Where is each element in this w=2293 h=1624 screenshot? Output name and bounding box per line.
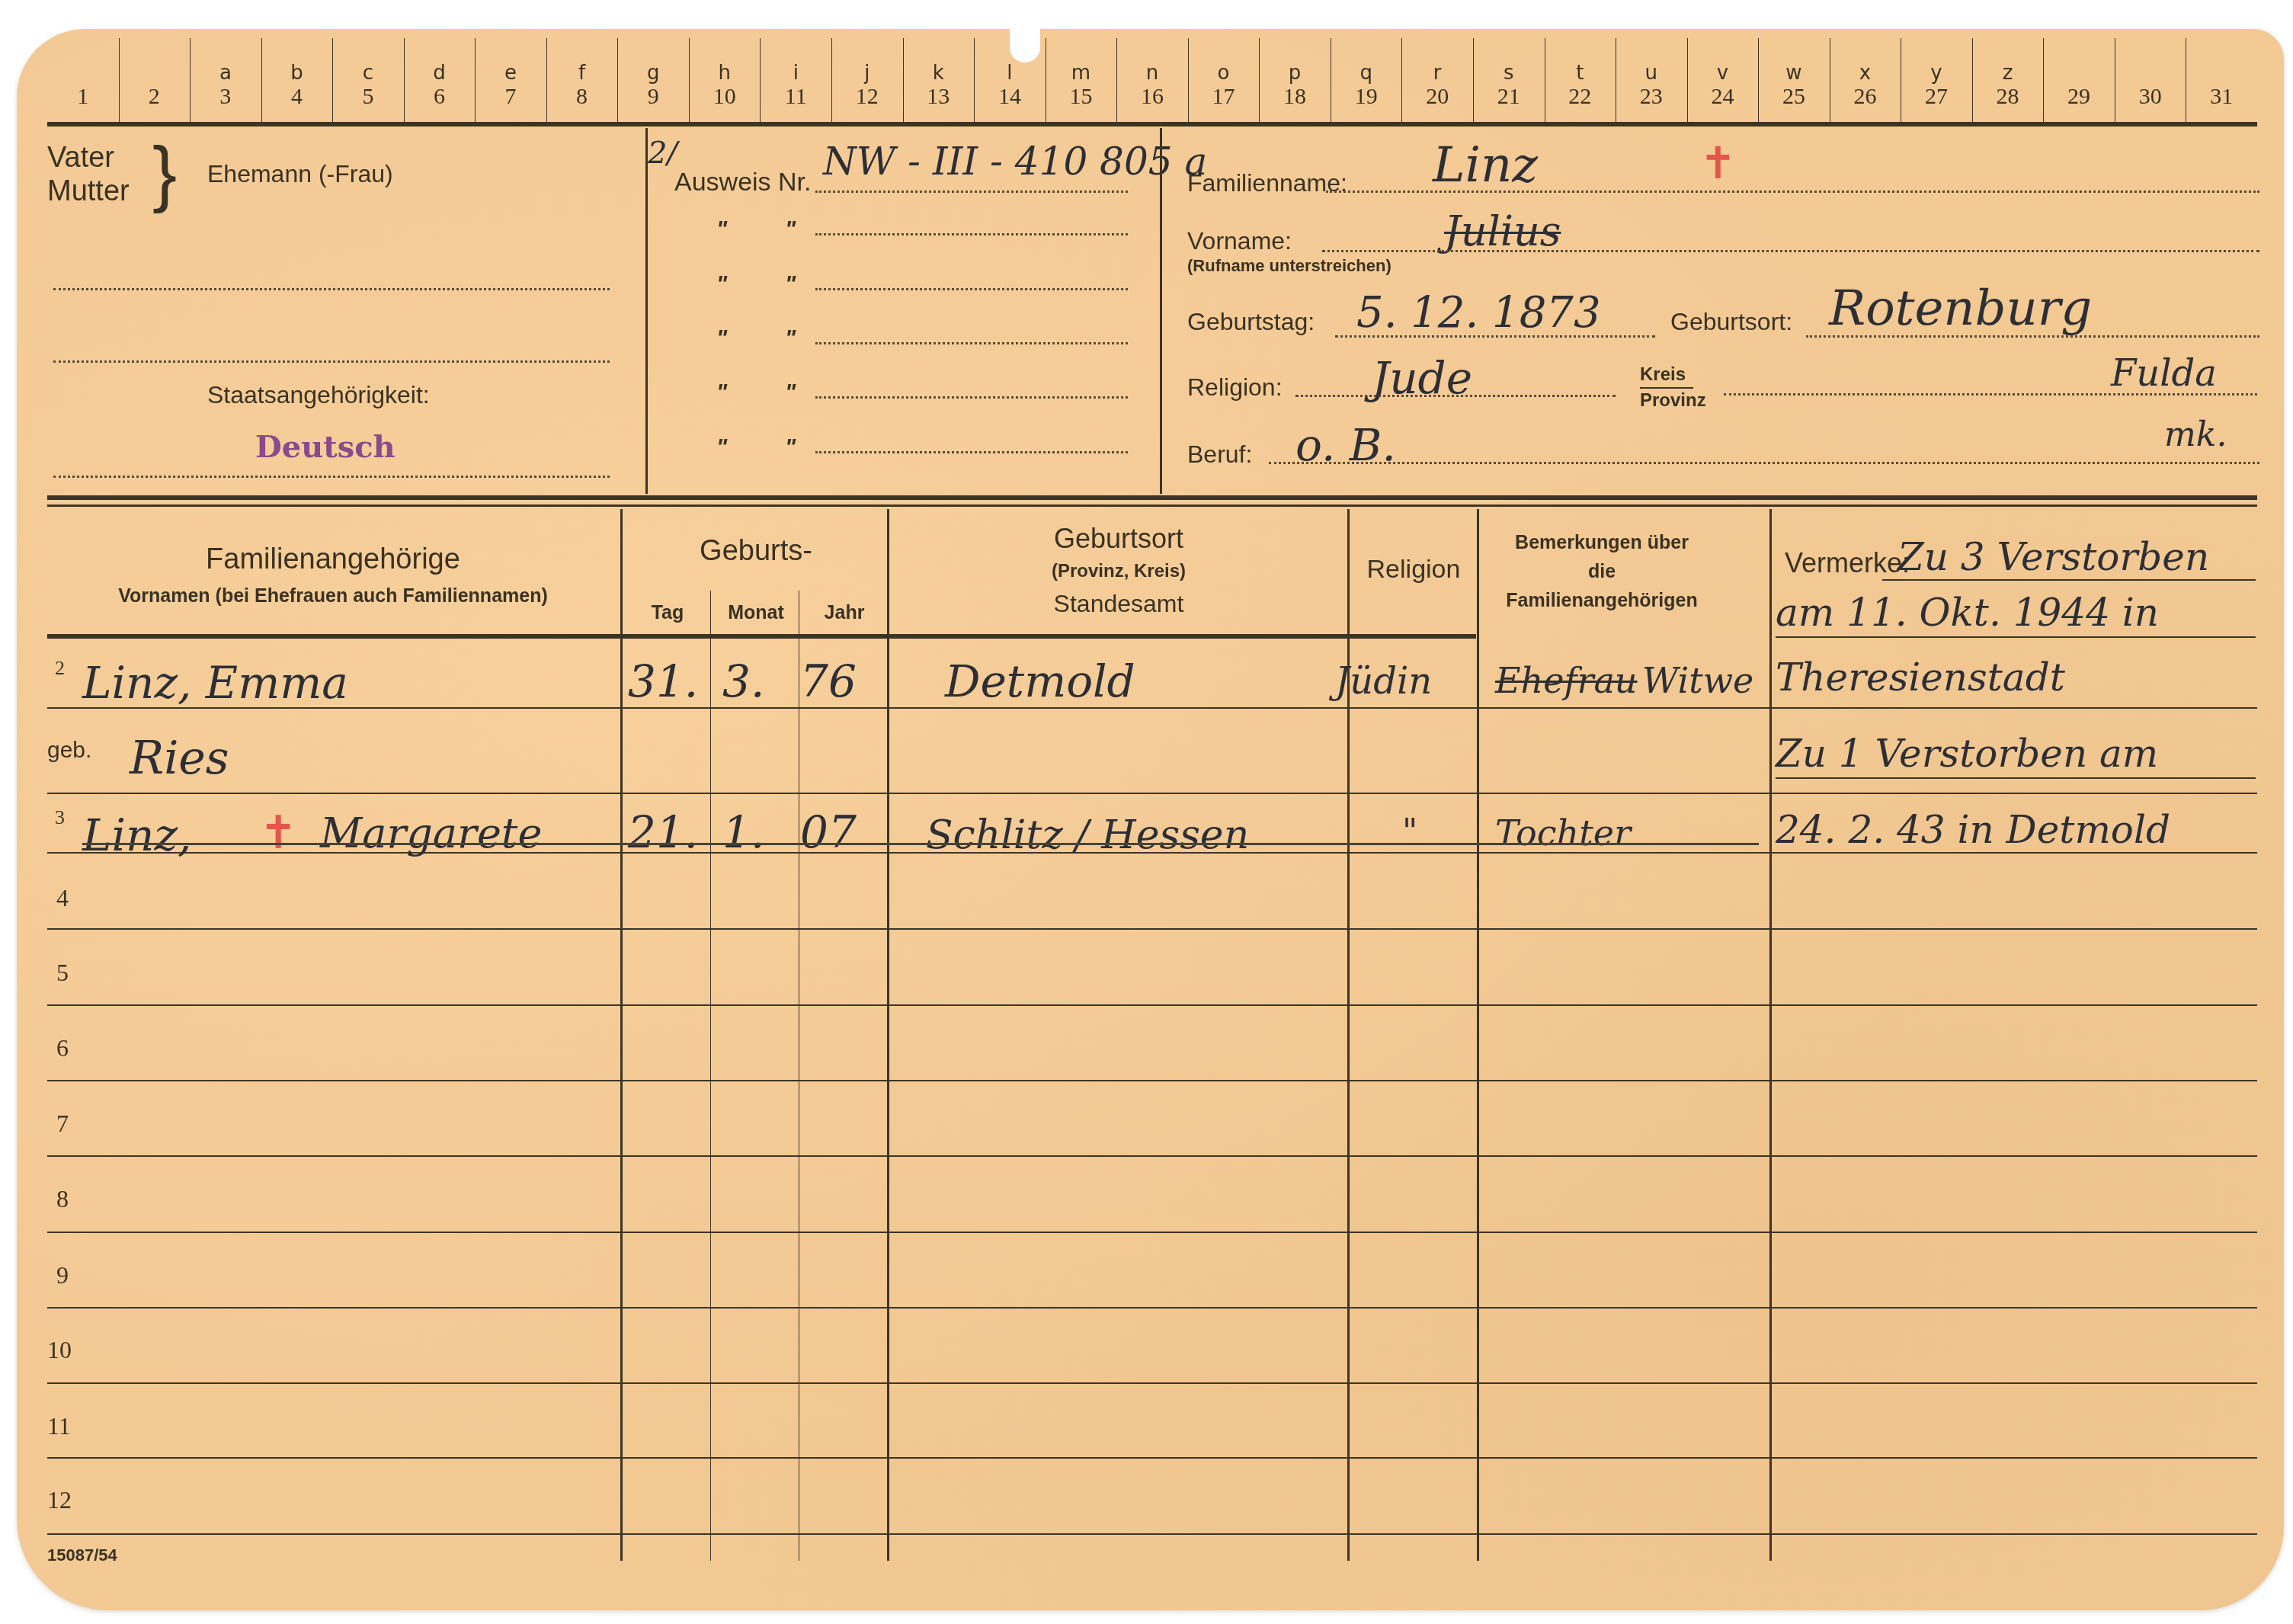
index-letter: u — [1616, 62, 1687, 84]
index-number: 22 — [1545, 84, 1616, 110]
index-number: 21 — [1473, 84, 1545, 110]
index-tab-19: q19 — [1331, 62, 1402, 123]
bemerk-header-2: die — [1480, 561, 1724, 583]
kreis-value[interactable]: Fulda — [2111, 352, 2217, 395]
index-letter: p — [1259, 62, 1331, 84]
emma-ort[interactable]: Detmold — [945, 655, 1135, 707]
index-tab-3: a3 — [190, 62, 261, 123]
row-number-7: 7 — [56, 1110, 69, 1138]
index-tab-18: p18 — [1259, 62, 1331, 123]
index-letter — [119, 62, 191, 84]
ditto-mark: " — [785, 216, 796, 242]
col-divider-tag — [710, 591, 711, 1561]
row-number-2: 2 — [55, 657, 65, 680]
emma-monat[interactable]: 3. — [722, 655, 764, 707]
ausweis-label: Ausweis Nr. — [674, 168, 812, 197]
index-divider — [475, 38, 476, 122]
brace-icon: } — [152, 137, 177, 210]
index-letter: z — [1972, 62, 2044, 84]
index-letter: m — [1046, 62, 1117, 84]
ausweis-extra-line[interactable] — [815, 396, 1128, 399]
index-tab-16: n16 — [1116, 62, 1188, 123]
col-divider-monat — [799, 591, 799, 1561]
index-divider — [1616, 38, 1616, 122]
ditto-mark: " — [785, 380, 796, 405]
index-divider — [1830, 38, 1830, 122]
ditto-mark: " — [716, 380, 727, 405]
index-tab-17: o17 — [1188, 62, 1260, 123]
vermerke-line-2[interactable]: am 11. Okt. 1944 in — [1776, 591, 2159, 635]
index-number: 28 — [1972, 84, 2044, 110]
religion-line — [1295, 395, 1616, 397]
index-tab-13: k13 — [903, 62, 975, 123]
index-divider — [1116, 38, 1117, 122]
ausweis-value[interactable]: NW - III - 410 805 a — [823, 139, 1207, 184]
index-letter: y — [1901, 62, 1972, 84]
index-tab-31: 31 — [2186, 62, 2257, 123]
index-number: 6 — [404, 84, 476, 110]
col-divider-birth — [887, 509, 889, 1561]
kreis-line — [1724, 393, 2257, 396]
index-letter — [47, 62, 119, 84]
ausweis-prefix-note: 2/ — [648, 136, 677, 171]
vermerke-rule — [1776, 777, 2256, 779]
divider-2 — [1160, 128, 1162, 494]
index-number: 16 — [1116, 84, 1188, 110]
index-number: 1 — [47, 84, 119, 110]
index-divider — [1901, 38, 1901, 122]
ausweis-line — [815, 191, 1128, 193]
index-number: 26 — [1830, 84, 1901, 110]
index-tab-7: e7 — [475, 62, 546, 123]
index-letter: j — [831, 62, 903, 84]
index-tab-30: 30 — [2115, 62, 2186, 123]
col-divider-members — [620, 509, 623, 1561]
index-number: 19 — [1331, 84, 1402, 110]
parents-line-2[interactable] — [53, 360, 610, 363]
ditto-mark: " — [716, 434, 727, 460]
geburtstag-label: Geburtstag: — [1187, 308, 1315, 336]
rufname-note: (Rufname unterstreichen) — [1187, 256, 1391, 276]
index-letter: t — [1545, 62, 1616, 84]
margarete-strike-line — [82, 843, 1759, 845]
card-notch — [1010, 23, 1040, 62]
member-name-emma[interactable]: Linz, Emma — [82, 657, 348, 709]
religion-header: Religion — [1350, 555, 1477, 585]
index-divider — [689, 38, 690, 122]
emma-jahr[interactable]: 76 — [800, 655, 857, 707]
index-divider — [2043, 38, 2044, 122]
index-tab-10: h10 — [689, 62, 761, 123]
index-letter: q — [1331, 62, 1402, 84]
staats-label: Staatsangehörigkeit: — [207, 381, 430, 409]
vermerke-rule — [1882, 579, 2256, 581]
index-divider — [1473, 38, 1474, 122]
index-divider — [404, 38, 405, 122]
parents-line-1[interactable] — [53, 288, 610, 290]
jahr-header: Jahr — [800, 602, 889, 624]
index-divider — [617, 38, 618, 122]
table-row-rule — [47, 1232, 2257, 1233]
emma-bemerk-struck: Ehefrau — [1495, 660, 1638, 701]
monat-header: Monat — [712, 602, 800, 624]
table-row-rule — [47, 1457, 2257, 1459]
index-tab-14: l14 — [974, 62, 1046, 123]
margarete-jahr[interactable]: 07 — [800, 806, 857, 858]
index-tab-28: z28 — [1972, 62, 2044, 123]
beruf-note: mk. — [2164, 415, 2227, 454]
beruf-line — [1269, 462, 2259, 464]
index-tab-25: w25 — [1758, 62, 1830, 123]
birth-header: Geburts- — [623, 535, 889, 568]
table-row-rule — [47, 1382, 2257, 1384]
index-divider — [332, 38, 333, 122]
index-number: 5 — [332, 84, 404, 110]
index-divider — [1758, 38, 1759, 122]
vorname-line — [1322, 250, 2259, 252]
vermerke-line-1[interactable]: Zu 3 Verstorben — [1897, 535, 2209, 579]
index-tab-12: j12 — [831, 62, 903, 123]
index-letter: d — [404, 62, 476, 84]
index-letter — [2115, 62, 2186, 84]
margarete-monat[interactable]: 1. — [722, 806, 764, 858]
provinz-label: Provinz — [1640, 390, 1706, 412]
margarete-ort[interactable]: Schlitz / Hessen — [926, 812, 1249, 858]
index-number: 2 — [119, 84, 191, 110]
index-letter: f — [546, 62, 618, 84]
emma-bemerk[interactable]: Witwe — [1642, 660, 1753, 701]
index-number: 31 — [2186, 84, 2257, 110]
index-divider — [2186, 38, 2186, 122]
religion-label: Religion: — [1187, 373, 1283, 402]
index-tab-5: c5 — [332, 62, 404, 123]
index-tab-15: m15 — [1046, 62, 1117, 123]
parents-line-3[interactable] — [53, 476, 610, 478]
index-tab-6: d6 — [404, 62, 476, 123]
index-divider — [1188, 38, 1189, 122]
index-letter — [2043, 62, 2115, 84]
vorname-value[interactable]: Julius — [1444, 207, 1561, 255]
index-divider — [2115, 38, 2115, 122]
col-divider-religion — [1477, 509, 1479, 1561]
index-letter: b — [261, 62, 333, 84]
geburtstag-line — [1335, 335, 1655, 338]
index-tab-2: 2 — [119, 62, 191, 123]
row-number-6: 6 — [56, 1034, 69, 1062]
vermerke-line-4[interactable]: Zu 1 Verstorben am — [1776, 732, 2158, 776]
index-tab-9: g9 — [617, 62, 689, 123]
vorname-label: Vorname: — [1187, 227, 1292, 255]
table-row-rule — [47, 928, 2257, 930]
index-letter: s — [1473, 62, 1545, 84]
table-row-rule — [47, 1533, 2257, 1535]
vater-label: Vater — [47, 142, 114, 174]
ditto-mark: " — [785, 271, 796, 297]
index-tab-27: y27 — [1901, 62, 1972, 123]
index-divider — [546, 38, 547, 122]
ditto-mark: " — [716, 325, 727, 351]
members-subheader: Vornamen (bei Ehefrauen auch Familiennam… — [47, 585, 619, 607]
index-number: 13 — [903, 84, 975, 110]
death-cross-icon: ✝ — [1699, 137, 1737, 189]
index-divider — [119, 38, 120, 122]
table-row-rule — [47, 707, 2257, 709]
index-number: 24 — [1687, 84, 1759, 110]
index-letter: a — [190, 62, 261, 84]
index-number: 30 — [2115, 84, 2186, 110]
emma-tag[interactable]: 31. — [628, 655, 698, 707]
familienname-line — [1326, 191, 2259, 193]
ausweis-extra-line[interactable] — [815, 451, 1128, 453]
ausweis-extra-line[interactable] — [815, 288, 1128, 290]
index-number: 3 — [190, 84, 261, 110]
divider-1 — [645, 128, 648, 494]
index-number: 18 — [1259, 84, 1331, 110]
index-tab-1: 1 — [47, 62, 119, 123]
ort-header: Geburtsort — [890, 523, 1347, 555]
emma-religion[interactable]: Jüdin — [1335, 660, 1432, 703]
row-number-3: 3 — [55, 806, 65, 829]
vermerke-rule — [1776, 636, 2256, 638]
index-number: 11 — [760, 84, 831, 110]
index-letter: l — [974, 62, 1046, 84]
ehemann-label: Ehemann (-Frau) — [207, 160, 393, 188]
ditto-mark: " — [785, 325, 796, 351]
index-number: 17 — [1188, 84, 1260, 110]
index-divider — [1046, 38, 1046, 122]
header-bottom-rule — [47, 634, 1476, 639]
index-number: 20 — [1401, 84, 1473, 110]
ditto-mark: " — [716, 216, 727, 242]
index-tab-24: v24 — [1687, 62, 1759, 123]
strip-bottom-rule — [47, 122, 2257, 127]
index-number: 10 — [689, 84, 761, 110]
tag-header: Tag — [623, 602, 712, 624]
index-divider — [1687, 38, 1688, 122]
index-letter: g — [617, 62, 689, 84]
index-tab-20: r20 — [1401, 62, 1473, 123]
row-number-10: 10 — [47, 1336, 72, 1364]
death-cross-margarete-icon: ✝ — [259, 806, 297, 860]
beruf-label: Beruf: — [1187, 440, 1252, 469]
index-tab-22: t22 — [1545, 62, 1616, 123]
table-row-rule — [47, 1080, 2257, 1081]
section-rule-1 — [47, 495, 2257, 500]
index-divider — [974, 38, 975, 122]
standesamt-header: Standesamt — [890, 590, 1347, 618]
row-number-4: 4 — [56, 884, 69, 912]
index-divider — [1545, 38, 1545, 122]
index-number: 29 — [2043, 84, 2115, 110]
index-tab-21: s21 — [1473, 62, 1545, 123]
index-divider — [261, 38, 262, 122]
index-divider — [1259, 38, 1260, 122]
index-letter: v — [1687, 62, 1759, 84]
index-number: 7 — [475, 84, 546, 110]
index-divider — [831, 38, 832, 122]
table-row-rule — [47, 793, 2257, 794]
index-number: 12 — [831, 84, 903, 110]
staats-stamp: Deutsch — [255, 429, 396, 465]
index-letter: c — [332, 62, 404, 84]
index-number: 9 — [617, 84, 689, 110]
index-divider — [190, 38, 191, 122]
geburtstag-value[interactable]: 5. 12. 1873 — [1356, 288, 1601, 338]
index-number: 27 — [1901, 84, 1972, 110]
index-number: 4 — [261, 84, 333, 110]
index-tab-26: x26 — [1830, 62, 1901, 123]
row-number-11: 11 — [47, 1412, 71, 1440]
index-number: 23 — [1616, 84, 1687, 110]
row-number-5: 5 — [56, 959, 69, 987]
index-divider — [1972, 38, 1973, 122]
maiden-name-ries[interactable]: Ries — [130, 732, 229, 785]
index-tab-11: i11 — [760, 62, 831, 123]
ditto-mark: " — [716, 271, 727, 297]
index-letter: o — [1188, 62, 1260, 84]
mutter-label: Mutter — [47, 175, 130, 207]
index-divider — [760, 38, 761, 122]
bemerk-header-1: Bemerkungen über — [1480, 532, 1724, 554]
margarete-bemerk[interactable]: Tochter — [1495, 812, 1631, 854]
index-number: 25 — [1758, 84, 1830, 110]
geburtsort-label: Geburtsort: — [1670, 308, 1792, 336]
row-number-9: 9 — [56, 1261, 69, 1289]
vermerke-rule — [1776, 852, 2256, 854]
members-header: Familienangehörige — [47, 543, 619, 576]
table-row-rule — [47, 1307, 2257, 1308]
ditto-mark: " — [785, 434, 796, 460]
familienname-label: Familienname: — [1187, 169, 1347, 197]
bemerk-header-3: Familienangehörigen — [1480, 590, 1724, 612]
index-letter: i — [760, 62, 831, 84]
index-divider — [1401, 38, 1402, 122]
index-number: 15 — [1046, 84, 1117, 110]
geburtsort-line — [1806, 335, 2259, 338]
index-letter — [2186, 62, 2257, 84]
familienname-value[interactable]: Linz — [1433, 137, 1538, 194]
row-number-12: 12 — [47, 1486, 72, 1514]
geburtsort-value[interactable]: Rotenburg — [1829, 280, 2092, 337]
ort-subheader: (Provinz, Kreis) — [890, 561, 1347, 582]
table-row-rule — [47, 1155, 2257, 1157]
index-letter: k — [903, 62, 975, 84]
index-letter: r — [1401, 62, 1473, 84]
geb-label: geb. — [47, 738, 91, 764]
table-row-rule — [47, 1004, 2257, 1006]
ausweis-extra-line[interactable] — [815, 233, 1128, 235]
index-letter: e — [475, 62, 546, 84]
index-tab-23: u23 — [1616, 62, 1687, 123]
section-rule-2 — [47, 504, 2257, 507]
index-letter: h — [689, 62, 761, 84]
index-letter: n — [1116, 62, 1188, 84]
kreis-label: Kreis — [1640, 364, 1686, 386]
index-divider — [1331, 38, 1331, 122]
ausweis-extra-line[interactable] — [815, 342, 1128, 344]
margarete-tag[interactable]: 21. — [628, 806, 698, 858]
vermerke-line-5[interactable]: 24. 2. 43 in Detmold — [1776, 808, 2170, 852]
vermerke-line-3[interactable]: Theresienstadt — [1776, 655, 2065, 700]
member-name-linz[interactable]: Linz, — [82, 809, 191, 861]
index-letter: x — [1830, 62, 1901, 84]
kreis-provinz-divider — [1640, 387, 1693, 389]
index-tab-8: f8 — [546, 62, 618, 123]
form-number: 15087/54 — [47, 1546, 117, 1565]
index-number: 14 — [974, 84, 1046, 110]
index-tab-29: 29 — [2043, 62, 2115, 123]
vermerke-label: Vermerke: — [1785, 547, 1910, 579]
index-tab-4: b4 — [261, 62, 333, 123]
row-number-8: 8 — [56, 1185, 69, 1213]
index-letter: w — [1758, 62, 1830, 84]
index-divider — [903, 38, 904, 122]
member-name-margarete[interactable]: Margarete — [320, 809, 543, 857]
col-divider-bemerk — [1769, 509, 1772, 1561]
index-number: 8 — [546, 84, 618, 110]
margarete-religion[interactable]: " — [1402, 812, 1417, 851]
